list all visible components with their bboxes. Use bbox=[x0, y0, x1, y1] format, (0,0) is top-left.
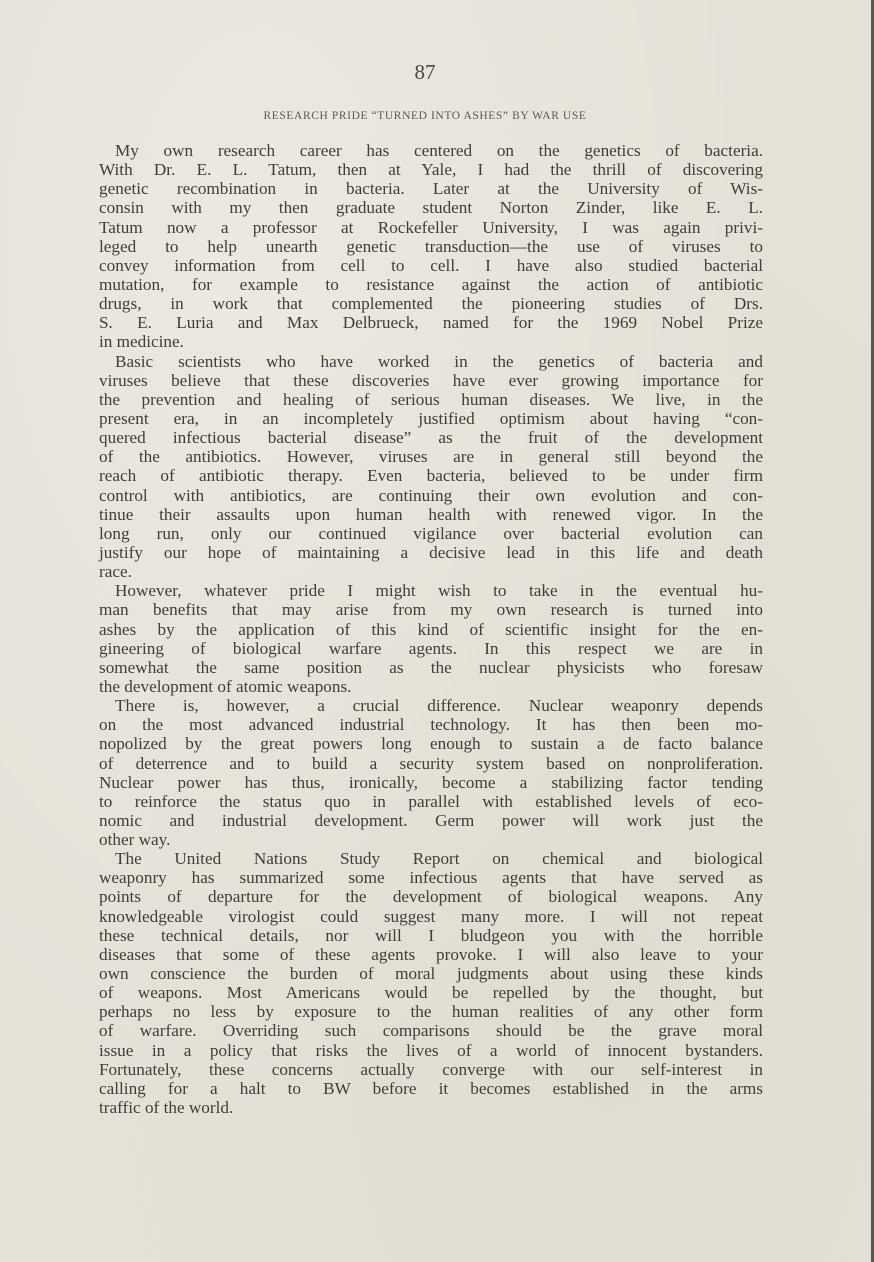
text-line: of deterrence and to build a security sy… bbox=[99, 754, 763, 773]
text-line: viruses believe that these discoveries h… bbox=[99, 371, 763, 390]
text-line: S. E. Luria and Max Delbrueck, named for… bbox=[99, 313, 763, 332]
running-head: RESEARCH PRIDE “TURNED INTO ASHES” BY WA… bbox=[0, 110, 850, 122]
text-line: Fortunately, these concerns actually con… bbox=[99, 1060, 763, 1079]
text-line: tinue their assaults upon human health w… bbox=[99, 505, 763, 524]
text-line: Nuclear power has thus, ironically, beco… bbox=[99, 773, 763, 792]
text-line: race. bbox=[99, 562, 763, 581]
text-line: gineering of biological warfare agents. … bbox=[99, 639, 763, 658]
text-line: own conscience the burden of moral judgm… bbox=[99, 964, 763, 983]
text-line: convey information from cell to cell. I … bbox=[99, 256, 763, 275]
text-line: long run, only our continued vigilance o… bbox=[99, 524, 763, 543]
paragraph: Basic scientists who have worked in the … bbox=[99, 352, 763, 582]
paragraph: There is, however, a crucial difference.… bbox=[99, 696, 763, 849]
text-line: somewhat the same position as the nuclea… bbox=[99, 658, 763, 677]
text-line: points of departure for the development … bbox=[99, 887, 763, 906]
text-line: to reinforce the status quo in parallel … bbox=[99, 792, 763, 811]
text-line: of the antibiotics. However, viruses are… bbox=[99, 447, 763, 466]
text-line: knowledgeable virologist could suggest m… bbox=[99, 907, 763, 926]
text-line: leged to help unearth genetic transducti… bbox=[99, 237, 763, 256]
text-line: traffic of the world. bbox=[99, 1098, 763, 1117]
text-line: ashes by the application of this kind of… bbox=[99, 620, 763, 639]
text-line: Tatum now a professor at Rockefeller Uni… bbox=[99, 218, 763, 237]
text-line: calling for a halt to BW before it becom… bbox=[99, 1079, 763, 1098]
text-line: nopolized by the great powers long enoug… bbox=[99, 734, 763, 753]
text-line: issue in a policy that risks the lives o… bbox=[99, 1041, 763, 1060]
text-line: the prevention and healing of serious hu… bbox=[99, 390, 763, 409]
text-line: My own research career has centered on t… bbox=[99, 141, 763, 160]
text-line: The United Nations Study Report on chemi… bbox=[99, 849, 763, 868]
text-line: There is, however, a crucial difference.… bbox=[99, 696, 763, 715]
text-line: With Dr. E. L. Tatum, then at Yale, I ha… bbox=[99, 160, 763, 179]
text-line: the development of atomic weapons. bbox=[99, 677, 763, 696]
text-line: man benefits that may arise from my own … bbox=[99, 600, 763, 619]
text-line: of weapons. Most Americans would be repe… bbox=[99, 983, 763, 1002]
paragraph: My own research career has centered on t… bbox=[99, 141, 763, 352]
text-line: these technical details, nor will I blud… bbox=[99, 926, 763, 945]
text-line: nomic and industrial development. Germ p… bbox=[99, 811, 763, 830]
text-line: However, whatever pride I might wish to … bbox=[99, 581, 763, 600]
text-line: diseases that some of these agents provo… bbox=[99, 945, 763, 964]
text-line: justify our hope of maintaining a decisi… bbox=[99, 543, 763, 562]
text-line: mutation, for example to resistance agai… bbox=[99, 275, 763, 294]
text-line: reach of antibiotic therapy. Even bacter… bbox=[99, 466, 763, 485]
body-text: My own research career has centered on t… bbox=[99, 141, 763, 1117]
paragraph: The United Nations Study Report on chemi… bbox=[99, 849, 763, 1117]
text-line: genetic recombination in bacteria. Later… bbox=[99, 179, 763, 198]
text-line: on the most advanced industrial technolo… bbox=[99, 715, 763, 734]
text-line: quered infectious bacterial disease” as … bbox=[99, 428, 763, 447]
text-line: consin with my then graduate student Nor… bbox=[99, 198, 763, 217]
text-line: present era, in an incompletely justifie… bbox=[99, 409, 763, 428]
text-line: in medicine. bbox=[99, 332, 763, 351]
text-line: weaponry has summarized some infectious … bbox=[99, 868, 763, 887]
text-line: of warfare. Overriding such comparisons … bbox=[99, 1021, 763, 1040]
scanned-page: 87 RESEARCH PRIDE “TURNED INTO ASHES” BY… bbox=[0, 0, 871, 1262]
text-line: other way. bbox=[99, 830, 763, 849]
text-line: perhaps no less by exposure to the human… bbox=[99, 1002, 763, 1021]
text-line: control with antibiotics, are continuing… bbox=[99, 486, 763, 505]
text-line: drugs, in work that complemented the pio… bbox=[99, 294, 763, 313]
text-line: Basic scientists who have worked in the … bbox=[99, 352, 763, 371]
page-number: 87 bbox=[0, 60, 850, 85]
paragraph: However, whatever pride I might wish to … bbox=[99, 581, 763, 696]
